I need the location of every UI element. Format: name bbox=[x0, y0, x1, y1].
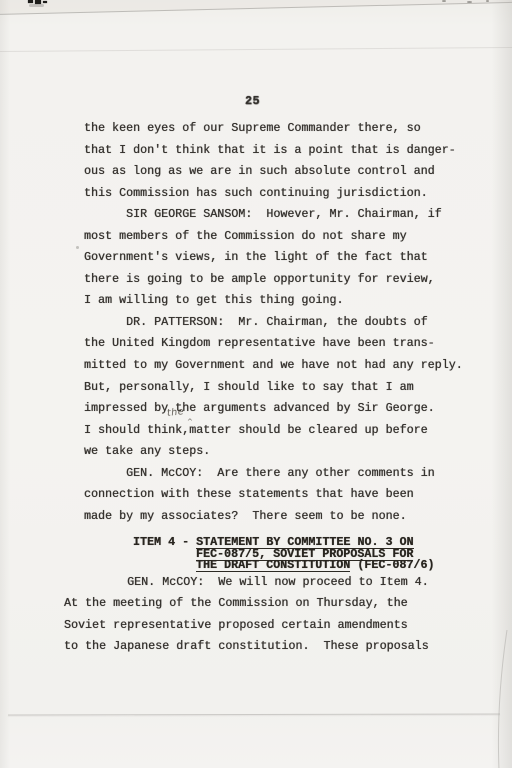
typed-line: Government's views, in the light of the … bbox=[84, 247, 463, 269]
ink-smudge bbox=[29, 4, 44, 7]
item4-heading-line3: THE DRAFT CONSTITUTION (FEC-087/6) bbox=[196, 558, 434, 572]
typed-line: I am willing to get this thing going. bbox=[84, 290, 463, 312]
typed-line: connection with these statements that ha… bbox=[84, 484, 463, 506]
item4-heading-underlined3: THE DRAFT CONSTITUTION bbox=[196, 559, 350, 572]
handwritten-insertion: the bbox=[166, 406, 184, 419]
typed-line: Soviet representative proposed certain a… bbox=[64, 615, 429, 636]
typed-line: ous as long as we are in such absolute c… bbox=[84, 161, 463, 183]
typed-line: there is going to be ample opportunity f… bbox=[84, 269, 463, 291]
typed-line: to the Japanese draft constitution. Thes… bbox=[64, 636, 429, 657]
typed-line: most members of the Commission do not sh… bbox=[84, 226, 463, 248]
scan-speck bbox=[442, 0, 446, 2]
typed-line: GEN. McCOY: Are there any other comments… bbox=[84, 463, 463, 485]
page-right-edge-curve bbox=[492, 630, 512, 768]
ink-mark bbox=[28, 0, 33, 3]
typed-line: the keen eyes of our Supreme Commander t… bbox=[84, 118, 463, 140]
typed-line: At the meeting of the Commission on Thur… bbox=[64, 593, 429, 614]
typed-line: SIR GEORGE SANSOM: However, Mr. Chairman… bbox=[84, 204, 463, 226]
typed-line: GEN. McCOY: We will now proceed to Item … bbox=[64, 572, 429, 593]
typed-line: mitted to my Government and we have not … bbox=[84, 355, 463, 377]
typed-line: the United Kingdom representative have b… bbox=[84, 333, 463, 355]
typed-line: this Commission has such continuing juri… bbox=[84, 183, 463, 205]
scan-speck bbox=[486, 0, 489, 2]
ink-mark bbox=[43, 1, 47, 3]
typed-line: made by my associates? There seem to be … bbox=[84, 506, 463, 528]
item4-heading-ref: (FEC-087/6) bbox=[350, 558, 434, 572]
scanned-page: 25 the keen eyes of our Supreme Commande… bbox=[0, 0, 512, 768]
typed-line: I should think,matter should be cleared … bbox=[84, 420, 463, 442]
item4-heading-prefix: ITEM 4 - bbox=[133, 535, 196, 549]
typed-line: But, personally, I should like to say th… bbox=[84, 377, 463, 399]
typed-line: that I don't think that it is a point th… bbox=[84, 140, 463, 162]
scan-speck bbox=[467, 1, 472, 3]
typed-line: DR. PATTERSON: Mr. Chairman, the doubts … bbox=[84, 312, 463, 334]
scan-crease-line bbox=[0, 47, 512, 52]
typed-line: impressed by the arguments advanced by S… bbox=[84, 398, 463, 420]
page-number: 25 bbox=[245, 94, 260, 108]
scan-speck bbox=[76, 246, 79, 249]
insertion-caret-icon: ^ bbox=[187, 418, 193, 426]
closing-text: GEN. McCOY: We will now proceed to Item … bbox=[64, 572, 429, 658]
page-bottom-edge-line bbox=[8, 713, 500, 715]
typed-line: we take any steps. bbox=[84, 441, 463, 463]
body-text: the keen eyes of our Supreme Commander t… bbox=[84, 118, 463, 527]
page-top-edge-line bbox=[0, 0, 512, 15]
